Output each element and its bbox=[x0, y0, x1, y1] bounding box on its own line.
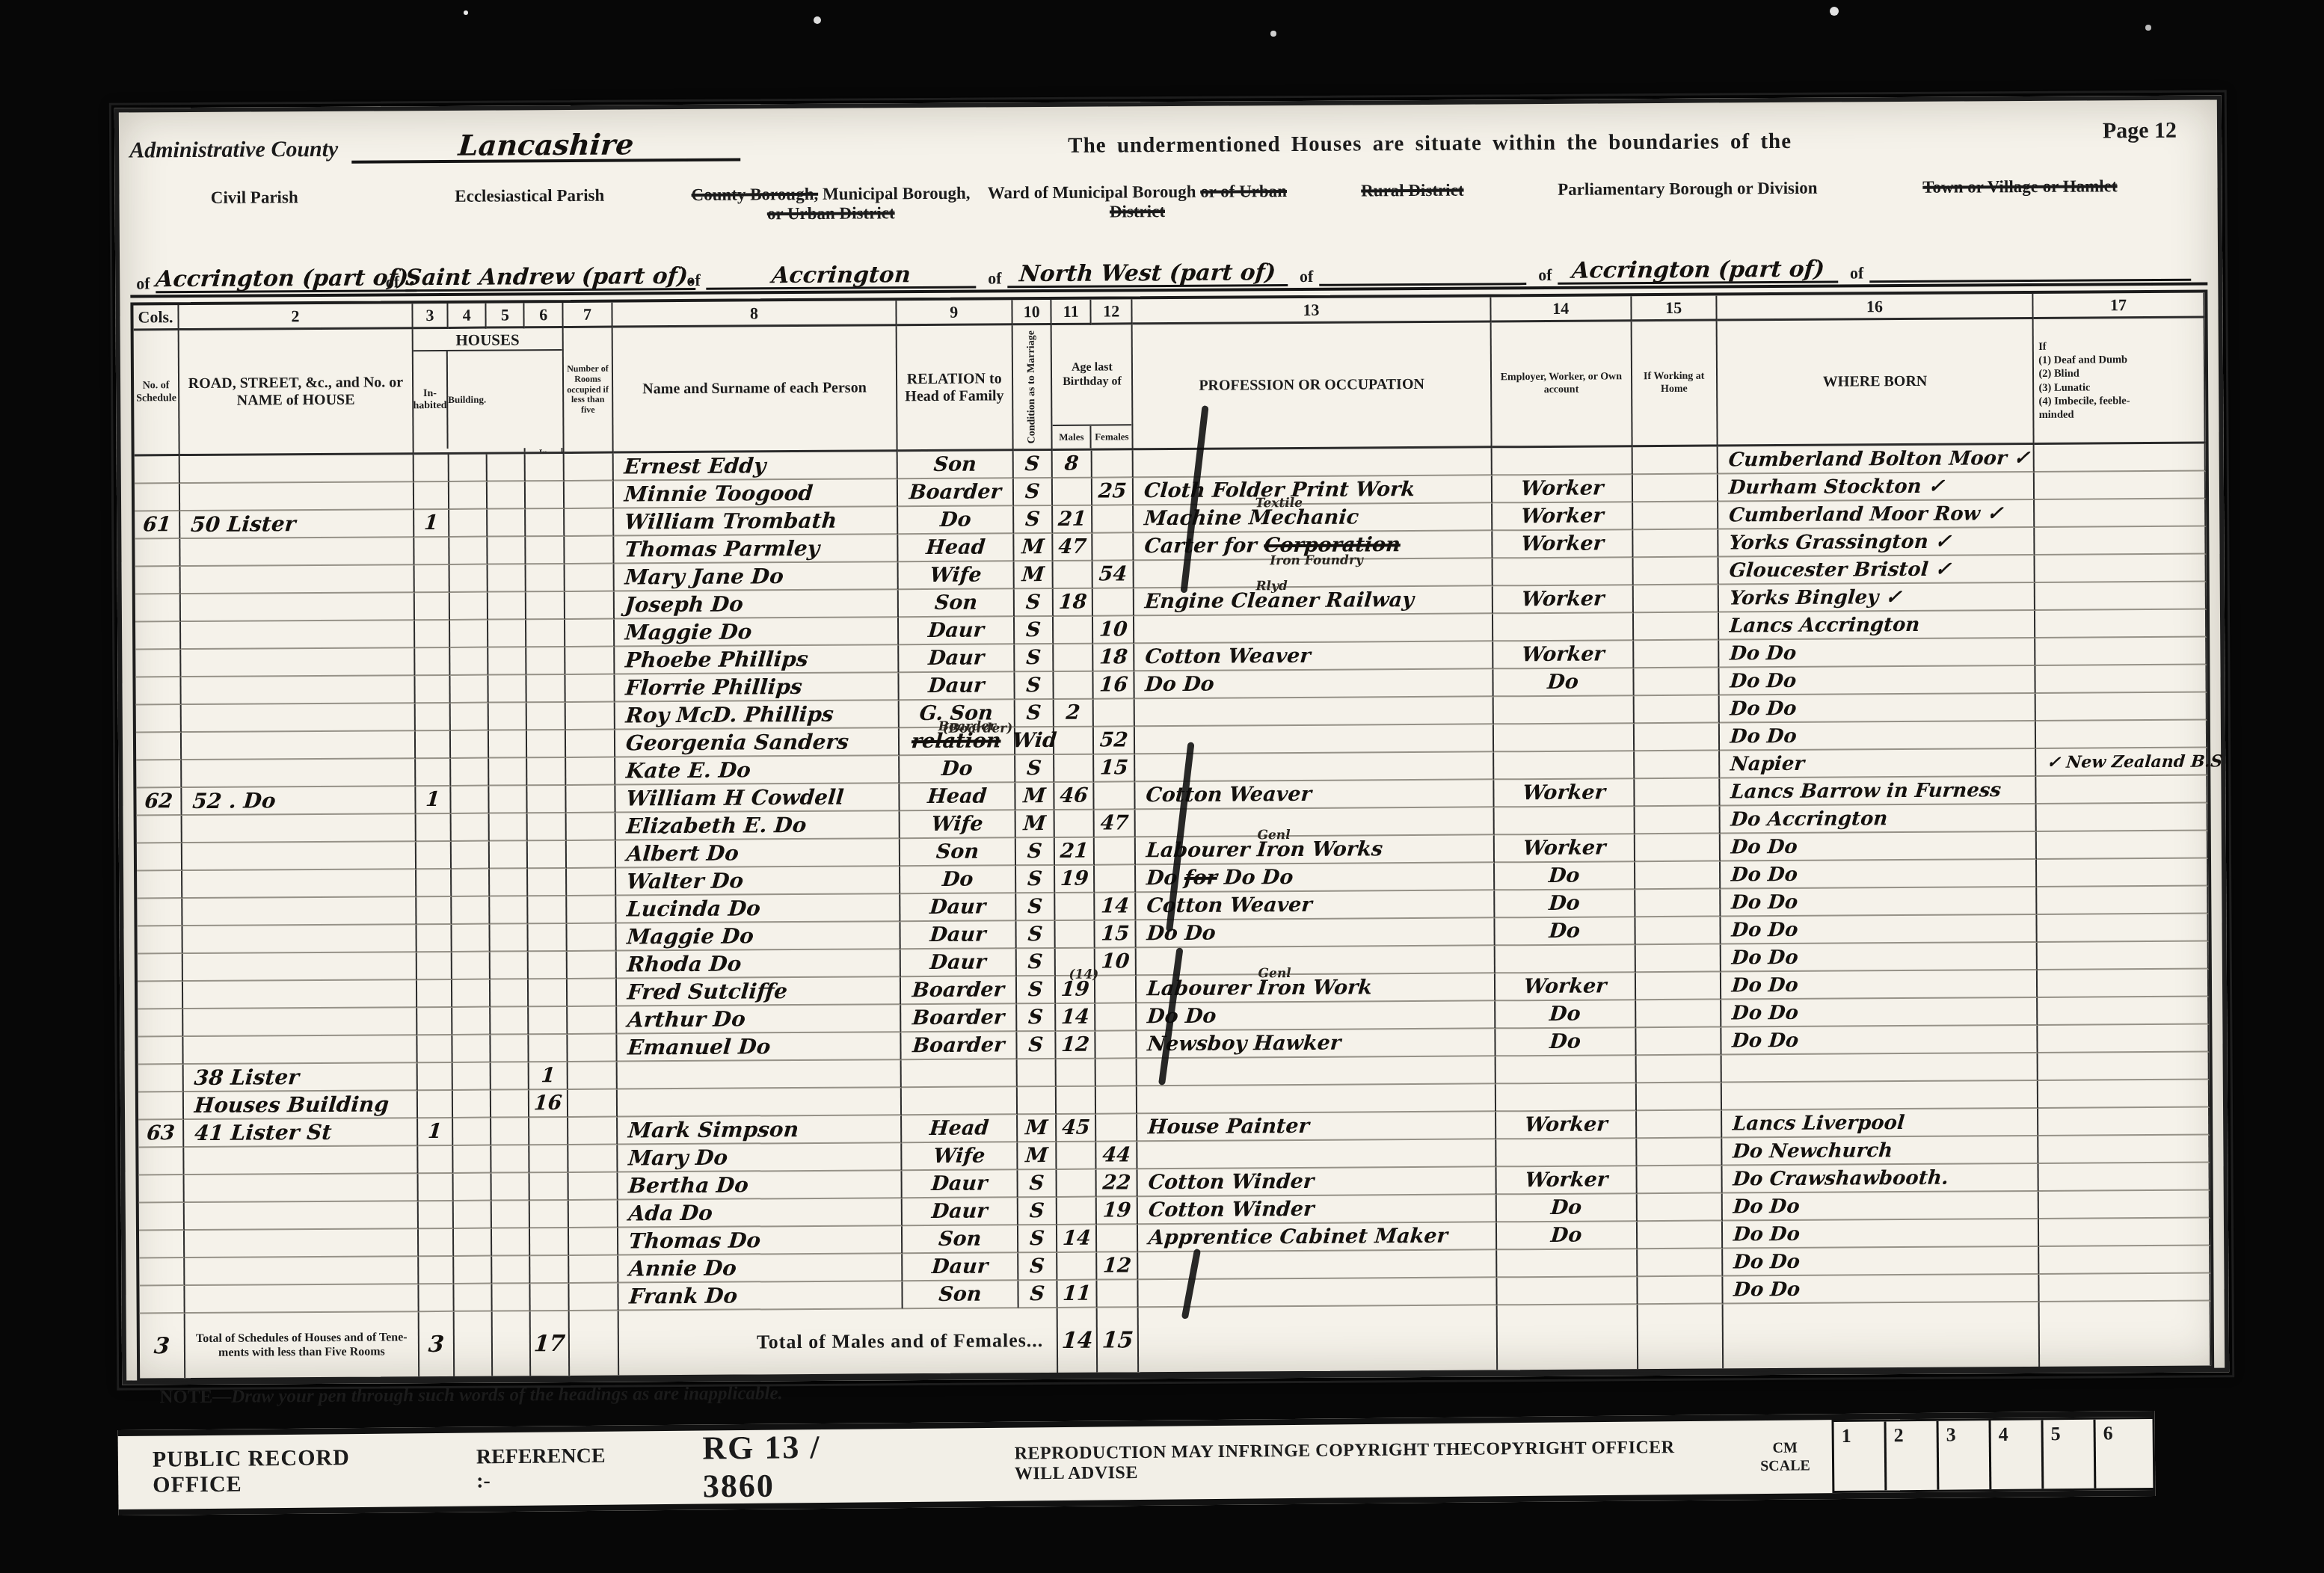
cell-m: 46 bbox=[1055, 783, 1095, 810]
cell-occ: GenlLabourer Iron Work bbox=[1137, 973, 1495, 1003]
cell-name: Arthur Do bbox=[617, 1005, 901, 1034]
cell-infirm bbox=[2040, 1246, 2211, 1275]
cell-inh bbox=[418, 1063, 453, 1091]
cell-cond: S bbox=[1014, 478, 1054, 506]
cell-emp bbox=[1493, 558, 1634, 586]
col-header-rooms: Number of Rooms occupied if less than fi… bbox=[563, 328, 613, 454]
totals-cell: Total of Males and of Females... bbox=[619, 1308, 1059, 1376]
page-header: Administrative County Lancashire The und… bbox=[129, 108, 2207, 185]
cell-inh bbox=[415, 593, 450, 621]
cell-notocc bbox=[488, 509, 526, 537]
cell-inh bbox=[417, 1035, 452, 1063]
district-field: Town or Village or Hamletof bbox=[1843, 172, 2197, 285]
district-field-label: Ecclesiastical Parish bbox=[385, 185, 674, 207]
cell-born: Do Do bbox=[1723, 1247, 2040, 1277]
cell-cond: M bbox=[1014, 534, 1054, 561]
cell-f bbox=[1095, 865, 1137, 893]
cell-f bbox=[1096, 1059, 1138, 1086]
of-label: of bbox=[1538, 265, 1552, 285]
cell-cond: S bbox=[1017, 976, 1057, 1004]
col-header-age: Age last Birthday of Males Females bbox=[1052, 324, 1134, 451]
cell-rel: Do bbox=[900, 866, 1016, 894]
cell-name: Phoebe Phillips bbox=[615, 645, 899, 674]
cell-born bbox=[1721, 1053, 2038, 1083]
cell-sched bbox=[136, 733, 182, 760]
cell-rooms bbox=[565, 675, 615, 703]
cell-infirm bbox=[2035, 610, 2207, 638]
column-number: 14 bbox=[1491, 296, 1632, 322]
cell-m: 19 bbox=[1055, 866, 1095, 893]
cell-notocc bbox=[491, 896, 529, 924]
cell-sched bbox=[135, 539, 180, 567]
cell-inocc bbox=[449, 510, 488, 538]
district-field: Rural Districtof bbox=[1293, 176, 1532, 288]
cell-rel: Daur bbox=[900, 893, 1016, 922]
cell-f bbox=[1095, 1031, 1137, 1059]
cell-infirm bbox=[2037, 859, 2208, 887]
cell-born: Do Do bbox=[1719, 666, 2036, 696]
cell-emp bbox=[1497, 1277, 1638, 1305]
cell-road bbox=[182, 925, 416, 954]
col-header-building: Building. bbox=[447, 351, 486, 449]
cell-road bbox=[181, 621, 415, 650]
cell-inh bbox=[415, 648, 450, 676]
cell-road bbox=[180, 455, 414, 484]
cell-bldg bbox=[529, 1035, 568, 1062]
cell-road: 52 . Do bbox=[182, 786, 416, 816]
cell-cond: S bbox=[1018, 1225, 1058, 1253]
cell-bldg bbox=[531, 1256, 569, 1284]
cell-infirm bbox=[2038, 1053, 2210, 1081]
cell-m: 8 bbox=[1053, 451, 1092, 478]
cell-m bbox=[1058, 1253, 1098, 1281]
cell-name: Rhoda Do bbox=[617, 949, 901, 979]
cell-infirm bbox=[2036, 693, 2207, 721]
cell-inocc bbox=[450, 621, 488, 648]
cell-home bbox=[1635, 779, 1720, 807]
cell-road: 50 Lister bbox=[180, 510, 414, 539]
cell-rooms bbox=[566, 758, 616, 786]
cell-rel: Daur bbox=[899, 672, 1015, 701]
cell-road bbox=[184, 1174, 418, 1203]
cell-born: Lancs Liverpool bbox=[1722, 1109, 2039, 1139]
administrative-county-field: Administrative County Lancashire bbox=[129, 115, 877, 164]
district-field: Ecclesiastical ParishofSaint Andrew (par… bbox=[379, 181, 681, 293]
cell-cond: S bbox=[1014, 506, 1054, 534]
cell-occ: Do Do bbox=[1137, 918, 1495, 948]
cell-emp: Worker bbox=[1493, 502, 1634, 531]
cell-road: 41 Lister St bbox=[184, 1118, 418, 1148]
cell-inocc bbox=[450, 648, 488, 676]
cell-rooms bbox=[565, 620, 615, 647]
cell-bldg bbox=[526, 592, 565, 620]
col-header-schedule: No. of Schedule bbox=[134, 330, 180, 456]
cell-home bbox=[1638, 1194, 1723, 1222]
cell-inh bbox=[419, 1257, 454, 1284]
cell-infirm bbox=[2036, 638, 2207, 666]
cell-rooms bbox=[568, 1035, 618, 1062]
cell-infirm bbox=[2035, 499, 2206, 528]
cell-infirm bbox=[2035, 472, 2206, 500]
cell-sched bbox=[139, 1258, 185, 1286]
cell-rel: Do bbox=[898, 506, 1014, 535]
cell-rooms bbox=[568, 1007, 618, 1035]
cell-rel bbox=[901, 1059, 1017, 1088]
cell-born: Do Do bbox=[1721, 970, 2038, 1000]
cell-rel: Boarder bbox=[901, 976, 1017, 1005]
scale-box: 2 bbox=[1887, 1421, 1940, 1491]
cell-inocc bbox=[452, 1008, 491, 1035]
cell-home bbox=[1635, 917, 1721, 946]
cell-emp: Do bbox=[1495, 1028, 1637, 1056]
cell-f: 52 bbox=[1094, 727, 1136, 754]
cell-f bbox=[1097, 1225, 1139, 1252]
cell-home bbox=[1637, 1166, 1722, 1195]
cell-rel: Wife bbox=[902, 1142, 1018, 1171]
cell-inocc bbox=[449, 455, 488, 482]
cell-road bbox=[185, 1229, 419, 1258]
cell-notocc bbox=[488, 481, 526, 509]
cell-notocc bbox=[491, 979, 529, 1007]
cell-born: Napier bbox=[1720, 749, 2037, 779]
district-field-value: North West (part of) bbox=[1018, 262, 1276, 286]
cell-rel: Son bbox=[898, 589, 1014, 618]
totals-cell bbox=[1497, 1305, 1638, 1370]
cell-bldg bbox=[528, 813, 566, 841]
cell-inh bbox=[418, 1146, 453, 1174]
district-field-label: Civil Parish bbox=[135, 188, 373, 209]
pro-reference-bar: PUBLIC RECORD OFFICE REFERENCE :- RG 13 … bbox=[118, 1411, 2156, 1515]
cell-f: 10 bbox=[1095, 948, 1137, 976]
cell-bldg bbox=[530, 1145, 568, 1173]
col-header-infirmity: If(1) Deaf and Dumb(2) Blind(3) Lunatic(… bbox=[2034, 318, 2206, 445]
cell-notocc bbox=[489, 730, 527, 758]
cell-emp: Do bbox=[1495, 917, 1636, 946]
totals-cell bbox=[1638, 1305, 1724, 1370]
cell-f: 10 bbox=[1093, 616, 1135, 644]
of-label: of bbox=[136, 274, 150, 293]
cell-inh bbox=[414, 455, 449, 482]
totals-cell: 3 bbox=[140, 1314, 185, 1378]
cell-notocc bbox=[491, 1062, 529, 1090]
cell-bldg bbox=[526, 620, 565, 647]
cell-rooms bbox=[567, 952, 617, 979]
cell-home bbox=[1635, 862, 1721, 890]
cell-emp: Worker bbox=[1494, 834, 1635, 863]
page-number: Page 12 bbox=[1982, 108, 2207, 145]
cell-rooms bbox=[566, 813, 616, 841]
cell-m: 14 bbox=[1057, 1225, 1097, 1253]
cell-bldg bbox=[527, 730, 565, 758]
cell-road bbox=[185, 1284, 419, 1314]
cell-road bbox=[181, 676, 415, 705]
cell-rooms bbox=[568, 1090, 618, 1118]
cell-inh bbox=[419, 1229, 454, 1257]
column-number: 16 bbox=[1717, 294, 2034, 321]
cell-sched bbox=[135, 456, 180, 484]
cell-bldg bbox=[526, 564, 565, 592]
cell-cond: S bbox=[1013, 451, 1053, 478]
cell-sched bbox=[136, 705, 182, 733]
cell-bldg bbox=[529, 924, 567, 952]
cell-m bbox=[1057, 1170, 1097, 1198]
cell-born bbox=[1721, 1081, 2038, 1111]
cell-home bbox=[1637, 1139, 1722, 1167]
cell-infirm bbox=[2036, 721, 2207, 749]
cell-m: 2 bbox=[1054, 700, 1094, 727]
col-header-home: If Working at Home bbox=[1632, 321, 1718, 448]
cell-infirm bbox=[2037, 776, 2208, 804]
cell-rooms bbox=[565, 537, 615, 564]
cell-bldg: 16 bbox=[529, 1090, 568, 1118]
cell-notocc bbox=[491, 1090, 529, 1118]
district-field-value: Accrington (part of). bbox=[155, 267, 417, 291]
column-number: 10 bbox=[1012, 300, 1052, 325]
cell-rel: Boarder bbox=[901, 1004, 1017, 1032]
cell-m: 12 bbox=[1057, 1032, 1096, 1059]
cell-name: Annie Do bbox=[618, 1254, 903, 1283]
scale-box: 6 bbox=[2095, 1419, 2153, 1489]
cell-bldg bbox=[530, 1118, 568, 1145]
cell-road bbox=[182, 704, 416, 733]
cell-bldg bbox=[526, 509, 565, 537]
cell-inocc bbox=[449, 538, 488, 565]
totals-cell bbox=[569, 1311, 619, 1376]
district-field-value: Accrington (part of) bbox=[1571, 259, 1825, 283]
cell-f bbox=[1092, 533, 1134, 561]
cell-name: Maggie Do bbox=[617, 922, 901, 951]
cell-rooms bbox=[569, 1228, 619, 1256]
col-header-employer: Employer, Worker, or Own account bbox=[1491, 321, 1632, 448]
district-field-value: Saint Andrew (part of). bbox=[405, 265, 697, 289]
cell-sched bbox=[139, 1175, 185, 1203]
microfilm-viewer: Administrative County Lancashire The und… bbox=[0, 0, 2324, 1573]
cell-born: Do Do bbox=[1721, 943, 2038, 973]
cell-inh bbox=[414, 565, 449, 593]
cell-f: 16 bbox=[1093, 671, 1135, 699]
cell-inocc bbox=[451, 731, 489, 759]
cell-inocc bbox=[451, 786, 489, 814]
cell-born: Lancs Accrington bbox=[1719, 611, 2036, 641]
cell-notocc bbox=[492, 1256, 530, 1284]
cell-inh: 1 bbox=[416, 786, 451, 814]
cell-road bbox=[182, 731, 416, 760]
cell-rooms bbox=[568, 979, 618, 1007]
cell-road bbox=[183, 1008, 417, 1037]
column-number: 7 bbox=[563, 303, 613, 328]
cell-inocc bbox=[454, 1201, 492, 1229]
cell-home bbox=[1637, 1083, 1722, 1112]
cell-home bbox=[1635, 724, 1720, 752]
cell-infirm bbox=[2035, 582, 2207, 611]
cell-f: 18 bbox=[1093, 644, 1135, 671]
cell-notocc bbox=[491, 924, 529, 952]
cell-f bbox=[1094, 782, 1136, 810]
col-header-road: ROAD, STREET, &c., and No. or NAME of HO… bbox=[179, 329, 414, 456]
cell-sched bbox=[138, 1092, 184, 1120]
cell-notocc bbox=[492, 1145, 530, 1173]
cell-cond: S bbox=[1015, 589, 1054, 617]
cell-rel: Daur bbox=[903, 1253, 1018, 1281]
cell-name: Florrie Phillips bbox=[615, 673, 900, 702]
cell-rel: Daur bbox=[899, 617, 1015, 645]
cell-occ: Apprentice Cabinet Maker bbox=[1138, 1222, 1496, 1252]
cell-road: 38 Lister bbox=[184, 1063, 418, 1092]
column-number: 6 bbox=[525, 303, 563, 328]
cell-occ: Cotton Weaver bbox=[1135, 641, 1493, 671]
cell-road: Houses Building bbox=[184, 1091, 418, 1120]
cell-infirm bbox=[2038, 914, 2209, 943]
totals-cell bbox=[1139, 1305, 1498, 1372]
cell-rel: Do bbox=[900, 755, 1015, 784]
cell-road bbox=[182, 759, 416, 788]
cell-cond: M bbox=[1014, 561, 1054, 589]
cell-inh bbox=[419, 1284, 454, 1312]
cell-cond bbox=[1018, 1087, 1057, 1115]
cell-notocc bbox=[490, 841, 528, 869]
copyright-notice: REPRODUCTION MAY INFRINGE COPYRIGHT THEC… bbox=[1015, 1438, 1685, 1485]
cell-road bbox=[182, 842, 416, 871]
cell-road bbox=[185, 1201, 419, 1231]
column-number: 13 bbox=[1133, 297, 1491, 324]
cell-home bbox=[1634, 668, 1719, 697]
cell-name: Walter Do bbox=[616, 866, 900, 896]
age-title: Age last Birthday of bbox=[1052, 324, 1132, 426]
cell-cond bbox=[1017, 1059, 1057, 1087]
cell-m bbox=[1056, 893, 1095, 921]
cell-occ: Cotton Weaver bbox=[1137, 890, 1495, 920]
cell-road bbox=[180, 565, 414, 594]
cell-rel: Daur bbox=[900, 921, 1016, 949]
cell-road bbox=[185, 1257, 419, 1286]
cell-notocc bbox=[490, 813, 528, 841]
cell-born: Yorks Grassington ✓ bbox=[1718, 528, 2035, 558]
cell-inocc bbox=[450, 676, 488, 704]
cell-rooms bbox=[568, 1062, 618, 1090]
cell-occ: RlydEngine Cleaner Railway bbox=[1134, 586, 1493, 616]
cell-notocc bbox=[488, 454, 526, 481]
cell-rooms bbox=[568, 1201, 618, 1228]
col-header-born: WHERE BORN bbox=[1717, 319, 2035, 447]
cell-born: Lancs Barrow in Furness bbox=[1720, 777, 2037, 807]
cell-born: Do Accrington bbox=[1720, 804, 2037, 834]
cell-m bbox=[1057, 1198, 1097, 1225]
cell-road bbox=[180, 482, 414, 511]
cell-occ: GenlLabourer Iron Works bbox=[1136, 835, 1494, 865]
dust-speck bbox=[464, 10, 468, 15]
cell-inocc bbox=[454, 1284, 492, 1312]
cell-cond: S bbox=[1016, 866, 1056, 893]
scale-box: 1 bbox=[1834, 1421, 1887, 1491]
cell-bldg bbox=[529, 1007, 568, 1035]
cell-born: Do Do bbox=[1722, 1219, 2039, 1249]
administrative-county-value: Lancashire bbox=[458, 130, 635, 159]
cell-infirm bbox=[2038, 1025, 2210, 1053]
cell-inocc bbox=[450, 565, 488, 593]
cell-m: (14)19 bbox=[1056, 976, 1095, 1004]
cell-bldg bbox=[530, 1201, 568, 1228]
cell-home bbox=[1634, 613, 1719, 641]
cell-f bbox=[1093, 588, 1135, 616]
col-header-condition: Condition as to Marriage bbox=[1012, 325, 1053, 451]
cell-inh bbox=[416, 814, 452, 842]
cell-f: 54 bbox=[1093, 561, 1135, 588]
cell-notocc bbox=[489, 758, 527, 786]
cell-rel: Wife bbox=[900, 810, 1015, 839]
cell-bldg bbox=[528, 786, 566, 813]
cell-sched: 63 bbox=[138, 1120, 184, 1148]
cell-home bbox=[1636, 1000, 1721, 1029]
cell-occ bbox=[1134, 448, 1492, 478]
cell-inh bbox=[418, 1174, 453, 1201]
col-header-profession: PROFESSION OR OCCUPATION bbox=[1133, 322, 1492, 450]
cell-infirm bbox=[2037, 831, 2208, 860]
cell-home bbox=[1633, 530, 1718, 558]
column-number: 15 bbox=[1632, 296, 1717, 322]
cell-sched bbox=[137, 816, 182, 843]
cell-infirm bbox=[2035, 527, 2207, 555]
column-number: 5 bbox=[487, 303, 525, 328]
cell-rooms bbox=[567, 896, 617, 924]
cell-home bbox=[1633, 475, 1718, 503]
cell-m bbox=[1057, 1059, 1096, 1087]
cell-f: 47 bbox=[1095, 810, 1137, 837]
cell-inocc bbox=[451, 759, 489, 786]
cell-f bbox=[1094, 699, 1136, 727]
cell-bldg bbox=[526, 454, 564, 481]
cell-f bbox=[1095, 1003, 1137, 1031]
cell-road bbox=[183, 980, 417, 1009]
cell-inh bbox=[417, 952, 452, 980]
cell-home bbox=[1635, 890, 1721, 918]
cell-infirm bbox=[2038, 970, 2209, 998]
cell-inocc bbox=[449, 482, 488, 510]
cell-emp: Worker bbox=[1494, 779, 1635, 807]
cell-inocc bbox=[452, 814, 490, 842]
cell-f: 19 bbox=[1097, 1197, 1139, 1225]
cell-emp: Worker bbox=[1496, 1166, 1638, 1195]
district-field: Civil ParishofAccrington (part of). bbox=[129, 182, 379, 295]
cell-cond: S bbox=[1015, 700, 1054, 727]
cell-born: Do Do bbox=[1721, 887, 2038, 917]
cell-born: Do Do bbox=[1721, 915, 2038, 945]
cell-rooms bbox=[565, 509, 615, 537]
cell-name: Maggie Do bbox=[615, 618, 899, 647]
cell-bldg: 1 bbox=[529, 1062, 568, 1090]
cell-born: Do Crawshawbooth. bbox=[1722, 1164, 2039, 1194]
cell-inocc bbox=[454, 1229, 492, 1257]
cell-road bbox=[184, 1146, 418, 1175]
cell-sched bbox=[139, 1231, 185, 1258]
district-field-label: Rural District bbox=[1299, 180, 1526, 201]
scale-label: CM SCALE bbox=[1751, 1438, 1819, 1475]
scale-box: 5 bbox=[2044, 1420, 2097, 1489]
cell-rooms bbox=[565, 647, 615, 675]
column-number: 9 bbox=[897, 300, 1012, 326]
cell-sched: 61 bbox=[135, 511, 180, 539]
cell-inh bbox=[419, 1201, 454, 1229]
cell-cond: Wid bbox=[1015, 727, 1055, 755]
cell-inh bbox=[415, 676, 450, 704]
cell-f: 22 bbox=[1097, 1169, 1139, 1197]
cell-rel: Head bbox=[902, 1115, 1018, 1143]
cell-road bbox=[182, 869, 416, 899]
column-number: 8 bbox=[613, 301, 897, 327]
cell-born: Durham Stockton ✓ bbox=[1718, 472, 2035, 502]
cell-cond: M bbox=[1018, 1115, 1057, 1142]
scale-box: 3 bbox=[1939, 1420, 1992, 1490]
cell-notocc bbox=[491, 952, 529, 979]
